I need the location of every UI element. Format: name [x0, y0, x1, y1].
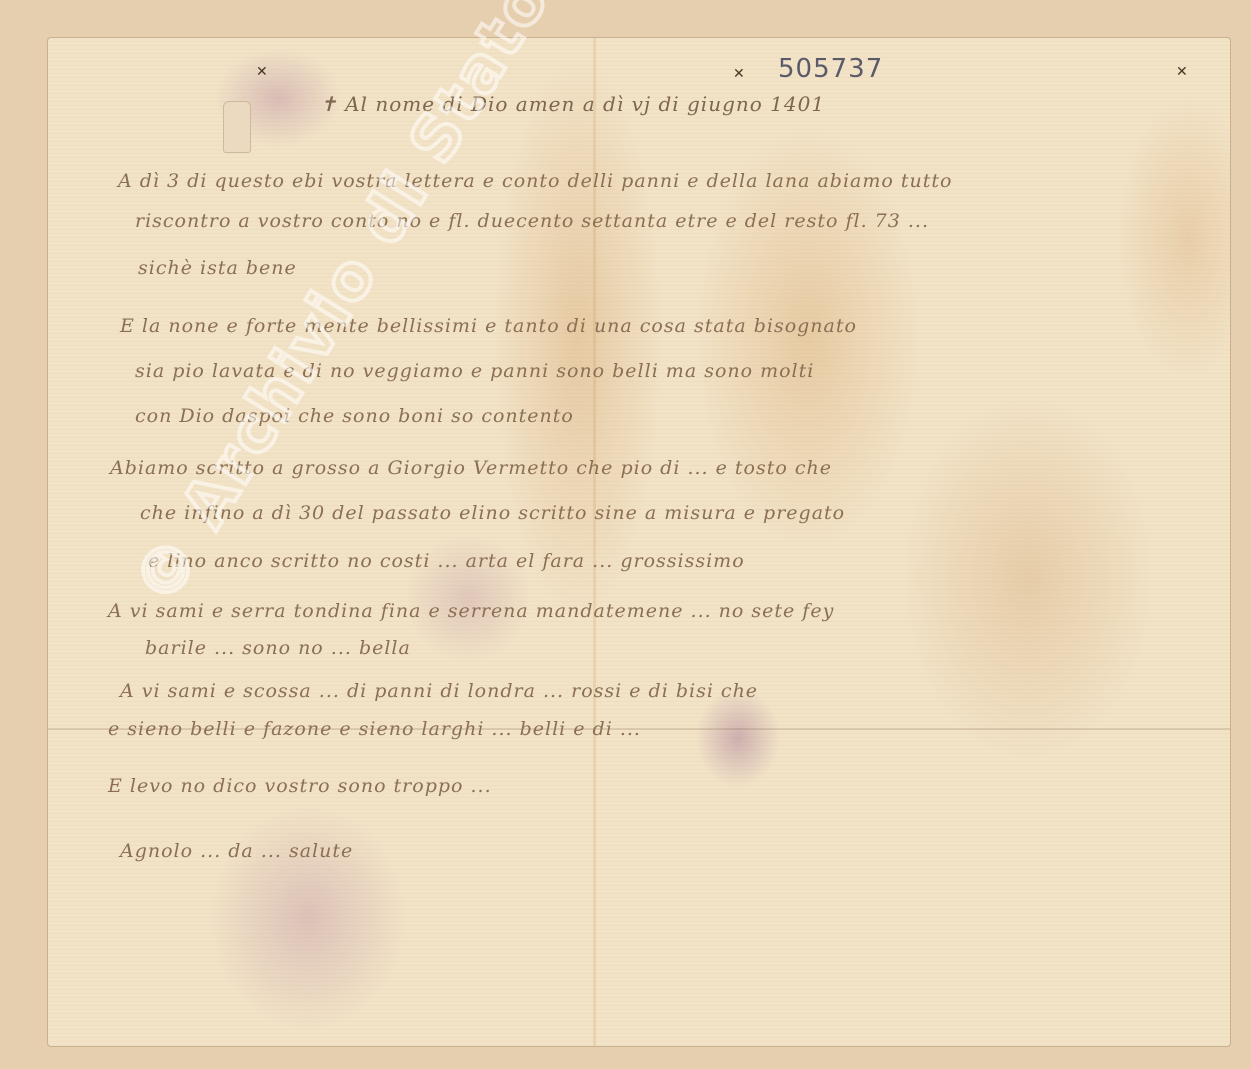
- manuscript-line: Agnolo ... da ... salute: [120, 840, 353, 862]
- manuscript-line: con Dio daspoi che sono boni so contento: [135, 405, 574, 427]
- manuscript-line: barile ... sono no ... bella: [145, 637, 411, 659]
- paper-hole: [223, 101, 251, 153]
- manuscript-line: e sieno belli e fazone e sieno larghi ..…: [108, 718, 641, 740]
- manuscript-line: che infino a dì 30 del passato elino scr…: [140, 502, 845, 524]
- manuscript-line: A vi sami e serra tondina fina e serrena…: [108, 600, 834, 622]
- ink-mark-icon: ✕: [1176, 64, 1188, 80]
- manuscript-line: sia pio lavata e di no veggiamo e panni …: [135, 360, 814, 382]
- letter-heading: ✝ Al nome di Dio amen a dì vj di giugno …: [320, 92, 825, 116]
- manuscript-line: A dì 3 di questo ebi vostra lettera e co…: [118, 170, 952, 192]
- manuscript-line: E levo no dico vostro sono troppo ...: [108, 775, 492, 797]
- manuscript-line: sichè ista bene: [138, 257, 297, 279]
- manuscript-line: Abiamo scritto a grosso a Giorgio Vermet…: [110, 457, 832, 479]
- manuscript-line: riscontro a vostro conto no e fl. duecen…: [135, 210, 929, 232]
- manuscript-line: E la none e forte mente bellissimi e tan…: [120, 315, 857, 337]
- manuscript-line: e lino anco scritto no costi ... arta el…: [148, 550, 745, 572]
- ink-mark-icon: ✕: [256, 64, 268, 80]
- archive-number: 505737: [778, 54, 883, 84]
- manuscript-line: A vi sami e scossa ... di panni di londr…: [120, 680, 758, 702]
- ink-mark-icon: ✕: [733, 66, 745, 82]
